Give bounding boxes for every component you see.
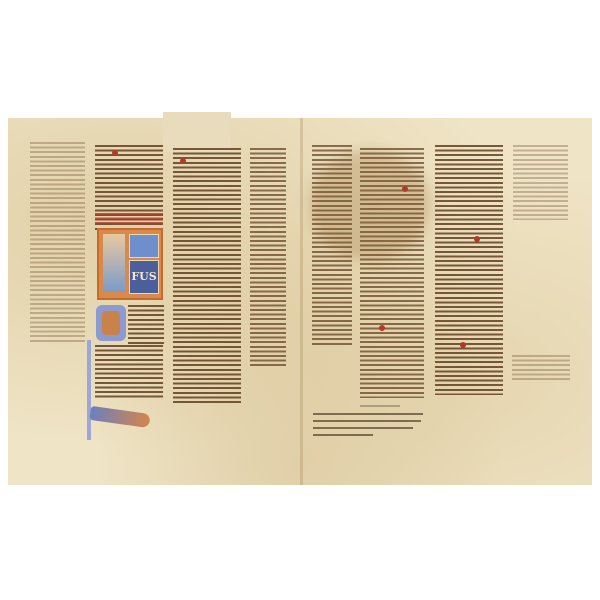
text-column-6 [435, 145, 503, 395]
cursive-annotation [360, 405, 400, 407]
rubric-mark [379, 325, 385, 331]
cursive-annotation [313, 420, 421, 422]
text-column-7 [513, 145, 568, 220]
marginal-gloss-right [512, 355, 570, 380]
miniature-lettering: FUS [129, 260, 159, 294]
cursive-annotation [313, 427, 413, 429]
center-fold [300, 118, 303, 485]
rubric-mark [112, 150, 118, 156]
rubric-mark [460, 342, 466, 348]
text-column-left-margin [30, 142, 85, 342]
text-column-1-lower [128, 305, 164, 345]
parchment-tab [163, 112, 231, 152]
standing-figure [103, 234, 125, 292]
text-column-3 [250, 148, 286, 368]
cursive-annotation [313, 413, 423, 415]
rubric-mark [180, 158, 186, 164]
miniature-panel [129, 234, 159, 258]
rubric-mark [402, 186, 408, 192]
rubric-line [95, 213, 163, 225]
text-column-2 [173, 148, 241, 403]
rubric-mark [474, 236, 480, 242]
penwork-bar [87, 340, 91, 440]
stain [310, 150, 430, 260]
historiated-initial [96, 305, 126, 341]
cursive-annotation [313, 434, 373, 436]
illuminated-miniature: FUS [97, 228, 163, 300]
text-column-1-bottom [95, 345, 163, 400]
